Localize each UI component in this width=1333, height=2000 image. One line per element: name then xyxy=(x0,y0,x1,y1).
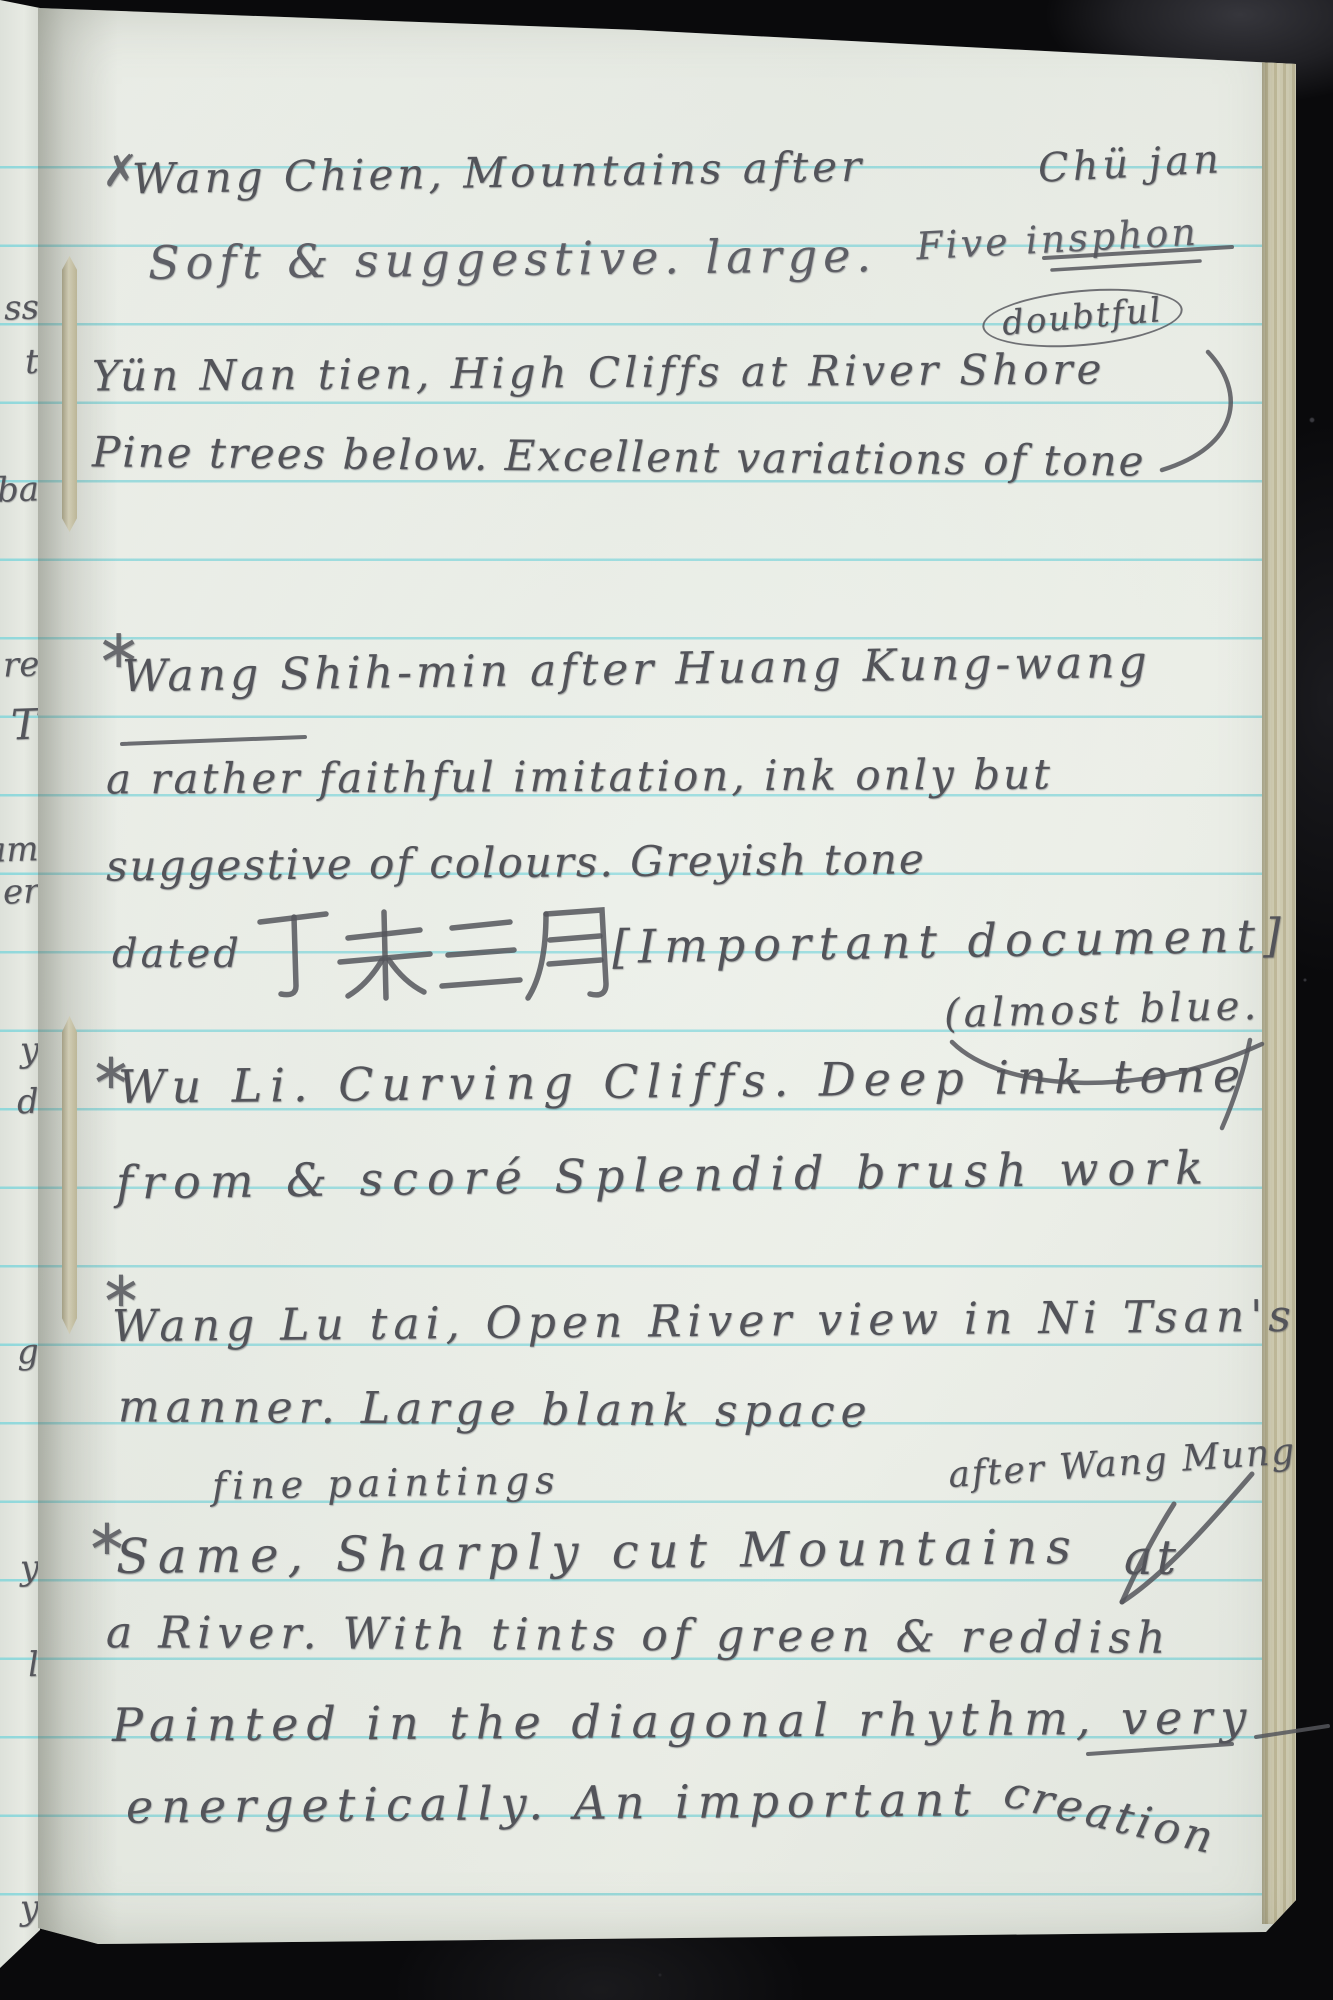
margin-fragment: g xyxy=(17,1332,40,1373)
notebook-page xyxy=(38,0,1296,1950)
margin-fragment: l xyxy=(27,1645,39,1685)
gutter-shadow xyxy=(38,0,128,1950)
margin-fragment: t xyxy=(25,342,40,382)
margin-fragment: ss xyxy=(3,287,39,328)
margin-fragment: er xyxy=(2,871,40,912)
rule-lines xyxy=(38,90,1296,1920)
margin-fragment: d xyxy=(17,1082,40,1123)
margin-fragment: y xyxy=(19,1888,40,1929)
margin-fragment: y xyxy=(19,1548,40,1589)
binding-thread xyxy=(62,256,77,532)
margin-fragment: T xyxy=(10,700,40,750)
facing-page-strip: ss t ba re T am er y d g y l y xyxy=(0,0,40,1976)
margin-fragment: re xyxy=(2,644,40,685)
margin-fragment: am xyxy=(0,829,40,871)
margin-fragment: ba xyxy=(0,469,40,510)
margin-fragment: y xyxy=(19,1030,40,1071)
photograph-of-notebook-page: ss t ba re T am er y d g y l y ✗ Wang Ch… xyxy=(0,0,1333,2000)
page-edge-stack xyxy=(1262,58,1296,1924)
photo-vignette xyxy=(38,0,1296,1950)
binding-thread xyxy=(62,1016,77,1334)
